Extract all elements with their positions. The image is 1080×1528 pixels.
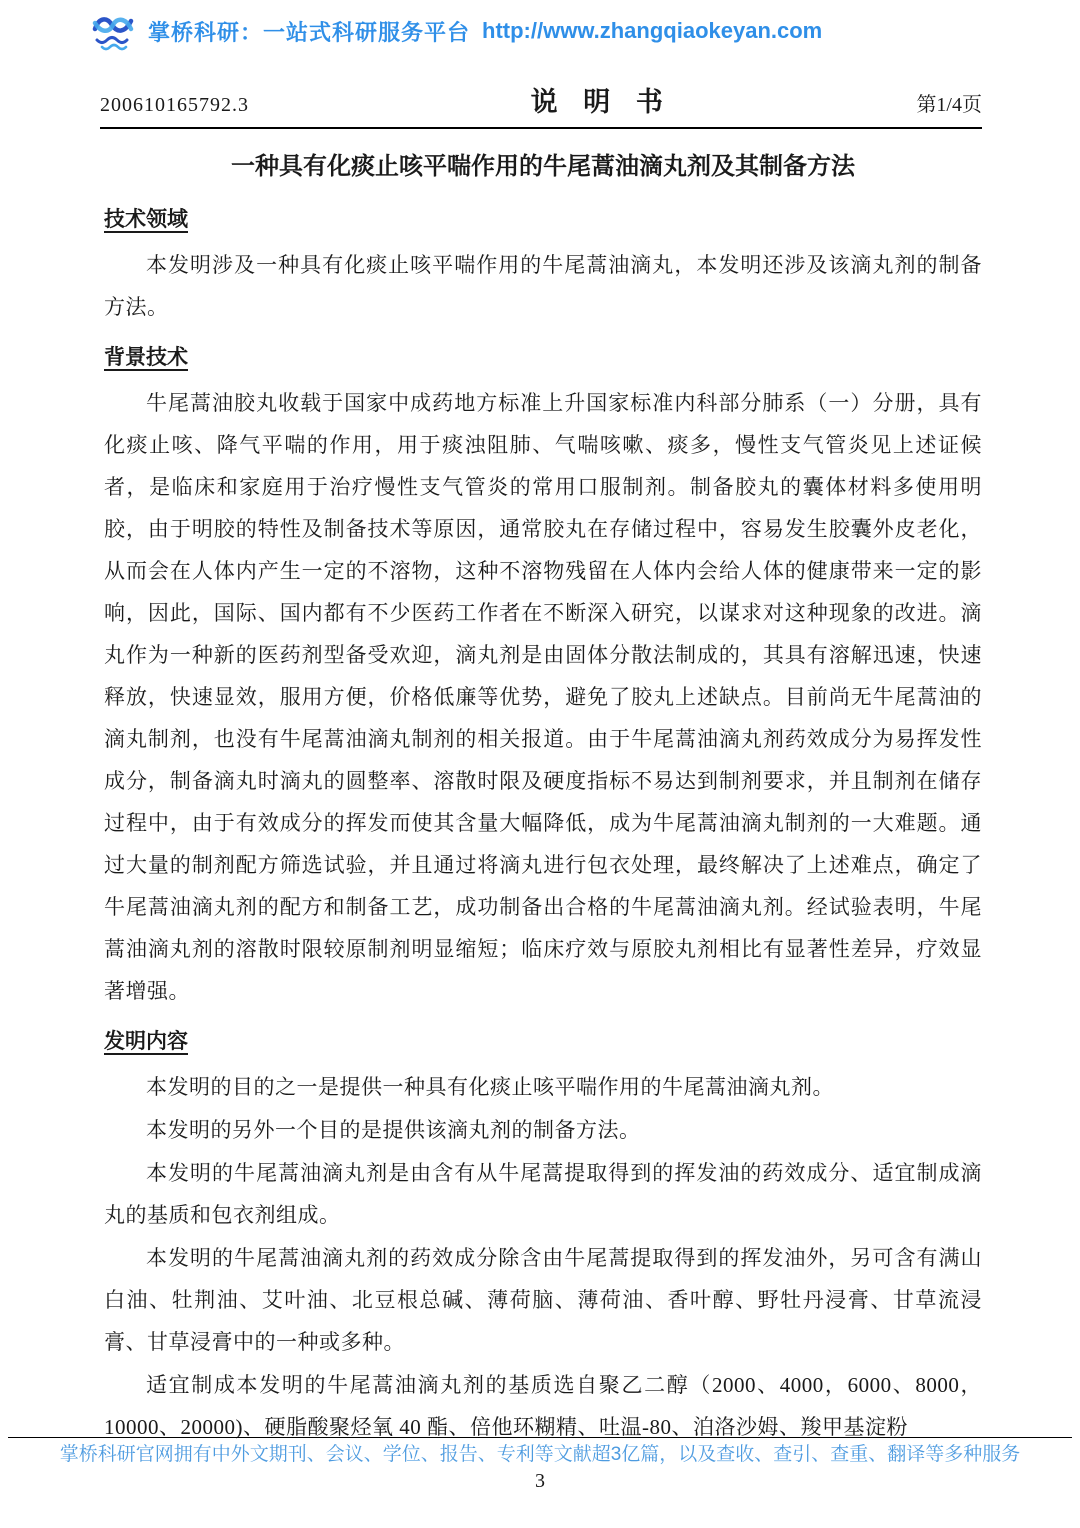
paragraph: 本发明涉及一种具有化痰止咳平喘作用的牛尾蒿油滴丸，本发明还涉及该滴丸剂的制备方法… bbox=[104, 244, 982, 328]
patent-number: 200610165792.3 bbox=[100, 94, 249, 117]
page-footer: 掌桥科研官网拥有中外文期刊、会议、学位、报告、专利等文献超3亿篇，以及查收、查引… bbox=[0, 1437, 1080, 1494]
site-url-link[interactable]: http://www.zhangqiaokeyan.com bbox=[482, 18, 822, 44]
paragraph: 牛尾蒿油胶丸收载于国家中成药地方标准上升国家标准内科部分肺系（一）分册，具有化痰… bbox=[104, 382, 982, 1012]
page-number: 3 bbox=[0, 1468, 1080, 1494]
paragraph: 本发明的目的之一是提供一种具有化痰止咳平喘作用的牛尾蒿油滴丸剂。 bbox=[104, 1066, 982, 1108]
doc-header-row: 200610165792.3 说明书 第1/4页 bbox=[100, 80, 982, 119]
doc-title: 说明书 bbox=[531, 80, 689, 119]
section-heading-invention-content: 发明内容 bbox=[104, 1026, 982, 1056]
zhangqiao-logo-icon bbox=[90, 10, 136, 52]
header-divider bbox=[100, 127, 982, 129]
paragraph: 本发明的另外一个目的是提供该滴丸剂的制备方法。 bbox=[104, 1109, 982, 1151]
paragraph: 适宜制成本发明的牛尾蒿油滴丸剂的基质选自聚乙二醇（2000、4000，6000、… bbox=[104, 1364, 982, 1448]
site-header: 掌桥科研：一站式科研服务平台 http://www.zhangqiaokeyan… bbox=[90, 10, 990, 52]
section-heading-technical-field: 技术领域 bbox=[104, 204, 982, 234]
footer-divider bbox=[8, 1437, 1072, 1438]
doc-body: 一种具有化痰止咳平喘作用的牛尾蒿油滴丸剂及其制备方法 技术领域 本发明涉及一种具… bbox=[104, 142, 982, 1448]
footer-text: 掌桥科研官网拥有中外文期刊、会议、学位、报告、专利等文献超3亿篇，以及查收、查引… bbox=[0, 1442, 1080, 1468]
page-indicator: 第1/4页 bbox=[916, 88, 982, 117]
section-heading-background-art: 背景技术 bbox=[104, 342, 982, 372]
patent-document-page: 掌桥科研：一站式科研服务平台 http://www.zhangqiaokeyan… bbox=[0, 0, 1080, 1528]
invention-title: 一种具有化痰止咳平喘作用的牛尾蒿油滴丸剂及其制备方法 bbox=[104, 150, 982, 184]
paragraph: 本发明的牛尾蒿油滴丸剂是由含有从牛尾蒿提取得到的挥发油的药效成分、适宜制成滴丸的… bbox=[104, 1152, 982, 1236]
paragraph: 本发明的牛尾蒿油滴丸剂的药效成分除含由牛尾蒿提取得到的挥发油外，另可含有满山白油… bbox=[104, 1237, 982, 1363]
brand-text: 掌桥科研：一站式科研服务平台 bbox=[148, 16, 470, 47]
